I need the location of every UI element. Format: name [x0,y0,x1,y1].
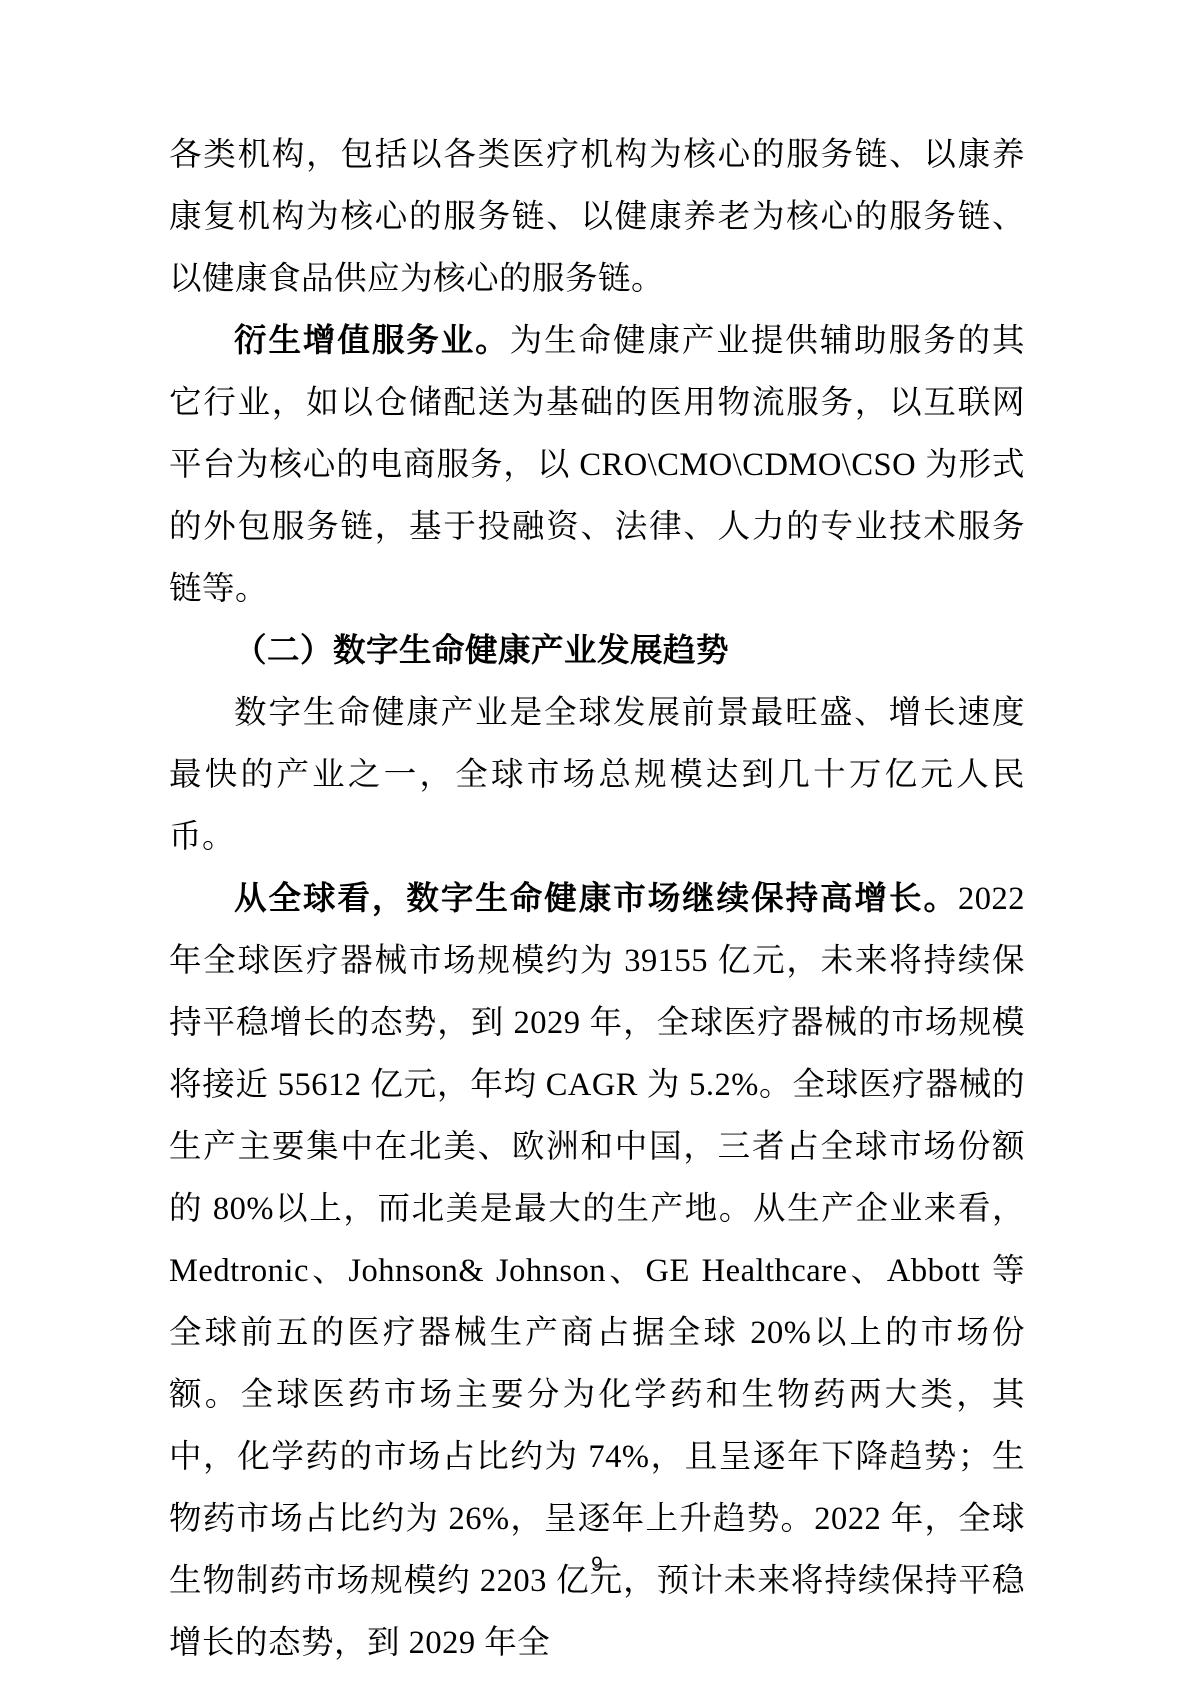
paragraph-service-chain-continuation: 各类机构，包括以各类医疗机构为核心的服务链、以康养康复机构为核心的服务链、以健康… [169,124,1025,310]
section-heading: （二）数字生命健康产业发展趋势 [169,620,1025,682]
paragraph-bold-lead: 衍生增值服务业。 [234,323,510,359]
page-footer: 9 [169,1550,1025,1580]
paragraph-bold-lead: 从全球看，数字生命健康市场继续保持高增长。 [234,881,958,917]
paragraph-industry-overview: 数字生命健康产业是全球发展前景最旺盛、增长速度最快的产业之一，全球市场总规模达到… [169,682,1025,868]
paragraph-text: 数字生命健康产业是全球发展前景最旺盛、增长速度最快的产业之一，全球市场总规模达到… [169,695,1025,855]
paragraph-text: 各类机构，包括以各类医疗机构为核心的服务链、以康养康复机构为核心的服务链、以健康… [169,137,1025,297]
paragraph-text: 2022 年全球医疗器械市场规模约为 39155 亿元，未来将持续保持平稳增长的… [169,881,1025,1661]
document-page: 各类机构，包括以各类医疗机构为核心的服务链、以康养康复机构为核心的服务链、以健康… [0,0,1190,1682]
page-number: 9 [591,1553,603,1576]
section-heading-text: （二）数字生命健康产业发展趋势 [234,633,729,669]
page-body-text: 各类机构，包括以各类医疗机构为核心的服务链、以康养康复机构为核心的服务链、以健康… [169,124,1025,1674]
paragraph-text: 为生命健康产业提供辅助服务的其它行业，如以仓储配送为基础的医用物流服务，以互联网… [169,323,1025,607]
paragraph-derived-value-services: 衍生增值服务业。为生命健康产业提供辅助服务的其它行业，如以仓储配送为基础的医用物… [169,310,1025,620]
